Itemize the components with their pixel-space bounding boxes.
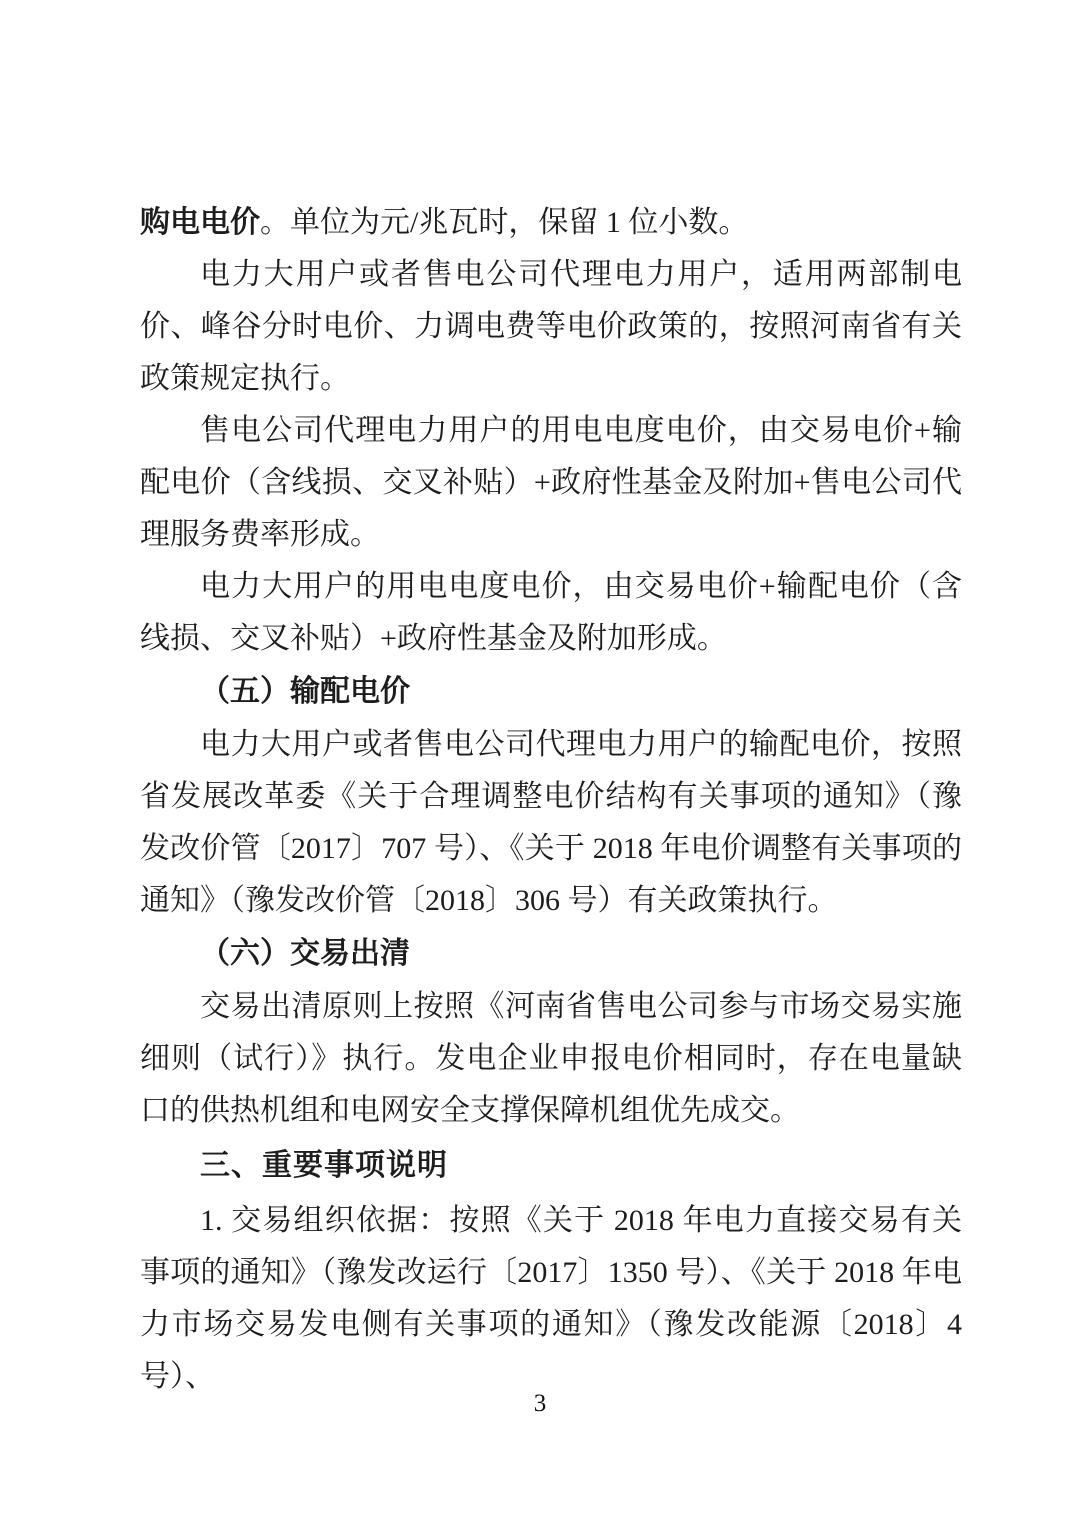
body-paragraph: 电力大用户或者售电公司代理电力用户的输配电价，按照省发展改革委《关于合理调整电价…: [140, 719, 962, 927]
document-body: 购电电价。单位为元/兆瓦时，保留 1 位小数。 电力大用户或者售电公司代理电力用…: [140, 197, 962, 1403]
paragraph-continuation: 购电电价。单位为元/兆瓦时，保留 1 位小数。: [140, 197, 962, 249]
body-paragraph: 电力大用户或者售电公司代理电力用户，适用两部制电价、峰谷分时电价、力调电费等电价…: [140, 249, 962, 405]
page-footer: 3: [0, 1390, 1080, 1418]
chapter-heading-3: 三、重要事项说明: [140, 1140, 962, 1192]
paragraph-text: 。单位为元/兆瓦时，保留 1 位小数。: [260, 206, 748, 239]
document-page: 购电电价。单位为元/兆瓦时，保留 1 位小数。 电力大用户或者售电公司代理电力用…: [0, 0, 1080, 1527]
body-paragraph: 1. 交易组织依据：按照《关于 2018 年电力直接交易有关事项的通知》（豫发改…: [140, 1195, 962, 1403]
section-heading-5: （五）输配电价: [140, 666, 962, 718]
bold-lead-text: 购电电价: [140, 206, 260, 239]
body-paragraph: 交易出清原则上按照《河南省售电公司参与市场交易实施细则（试行）》执行。发电企业申…: [140, 981, 962, 1137]
page-number: 3: [534, 1390, 547, 1417]
body-paragraph: 电力大用户的用电电度电价，由交易电价+输配电价（含线损、交叉补贴）+政府性基金及…: [140, 561, 962, 665]
section-heading-6: （六）交易出清: [140, 928, 962, 980]
body-paragraph: 售电公司代理电力用户的用电电度电价，由交易电价+输配电价（含线损、交叉补贴）+政…: [140, 405, 962, 561]
